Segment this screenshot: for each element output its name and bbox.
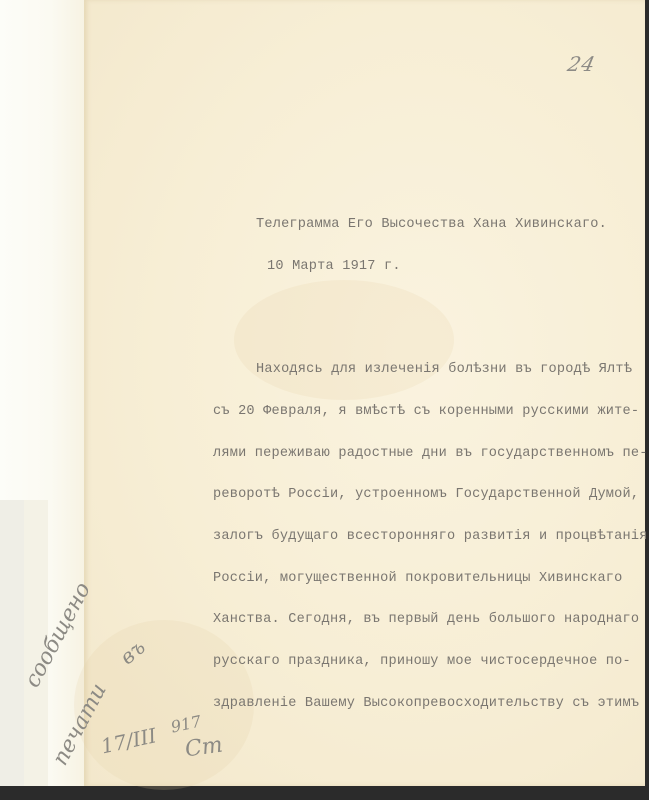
paper-stain — [234, 280, 454, 400]
telegram-title: Телеграмма Его Высочества Хана Хивинскаг… — [256, 217, 607, 232]
body-line: реворотѣ Россіи, устроенномъ Государстве… — [213, 487, 639, 502]
body-line: русскаго праздника, приношу мое чистосер… — [213, 654, 631, 669]
page-number: 24 — [565, 52, 598, 76]
scanned-archive-page: 24 Телеграмма Его Высочества Хана Хивинс… — [0, 0, 645, 786]
body-line: лями переживаю радостные дни въ государс… — [213, 446, 648, 461]
body-line: здравленіе Вашему Высокопревосходительст… — [213, 696, 639, 711]
body-line: Находясь для излеченія болѣзни въ городѣ… — [256, 362, 632, 377]
body-line: залогъ будущаго всесторонняго развитія и… — [213, 529, 648, 544]
body-line: съ 20 Февраля, я вмѣстѣ съ коренными рус… — [213, 404, 639, 419]
body-line: Ханства. Сегодня, въ первый день большог… — [213, 612, 639, 627]
telegram-date: 10 Марта 1917 г. — [267, 259, 401, 274]
body-line: Россіи, могущественной покровительницы Х… — [213, 571, 623, 586]
handwritten-initials: Ст — [183, 732, 224, 762]
